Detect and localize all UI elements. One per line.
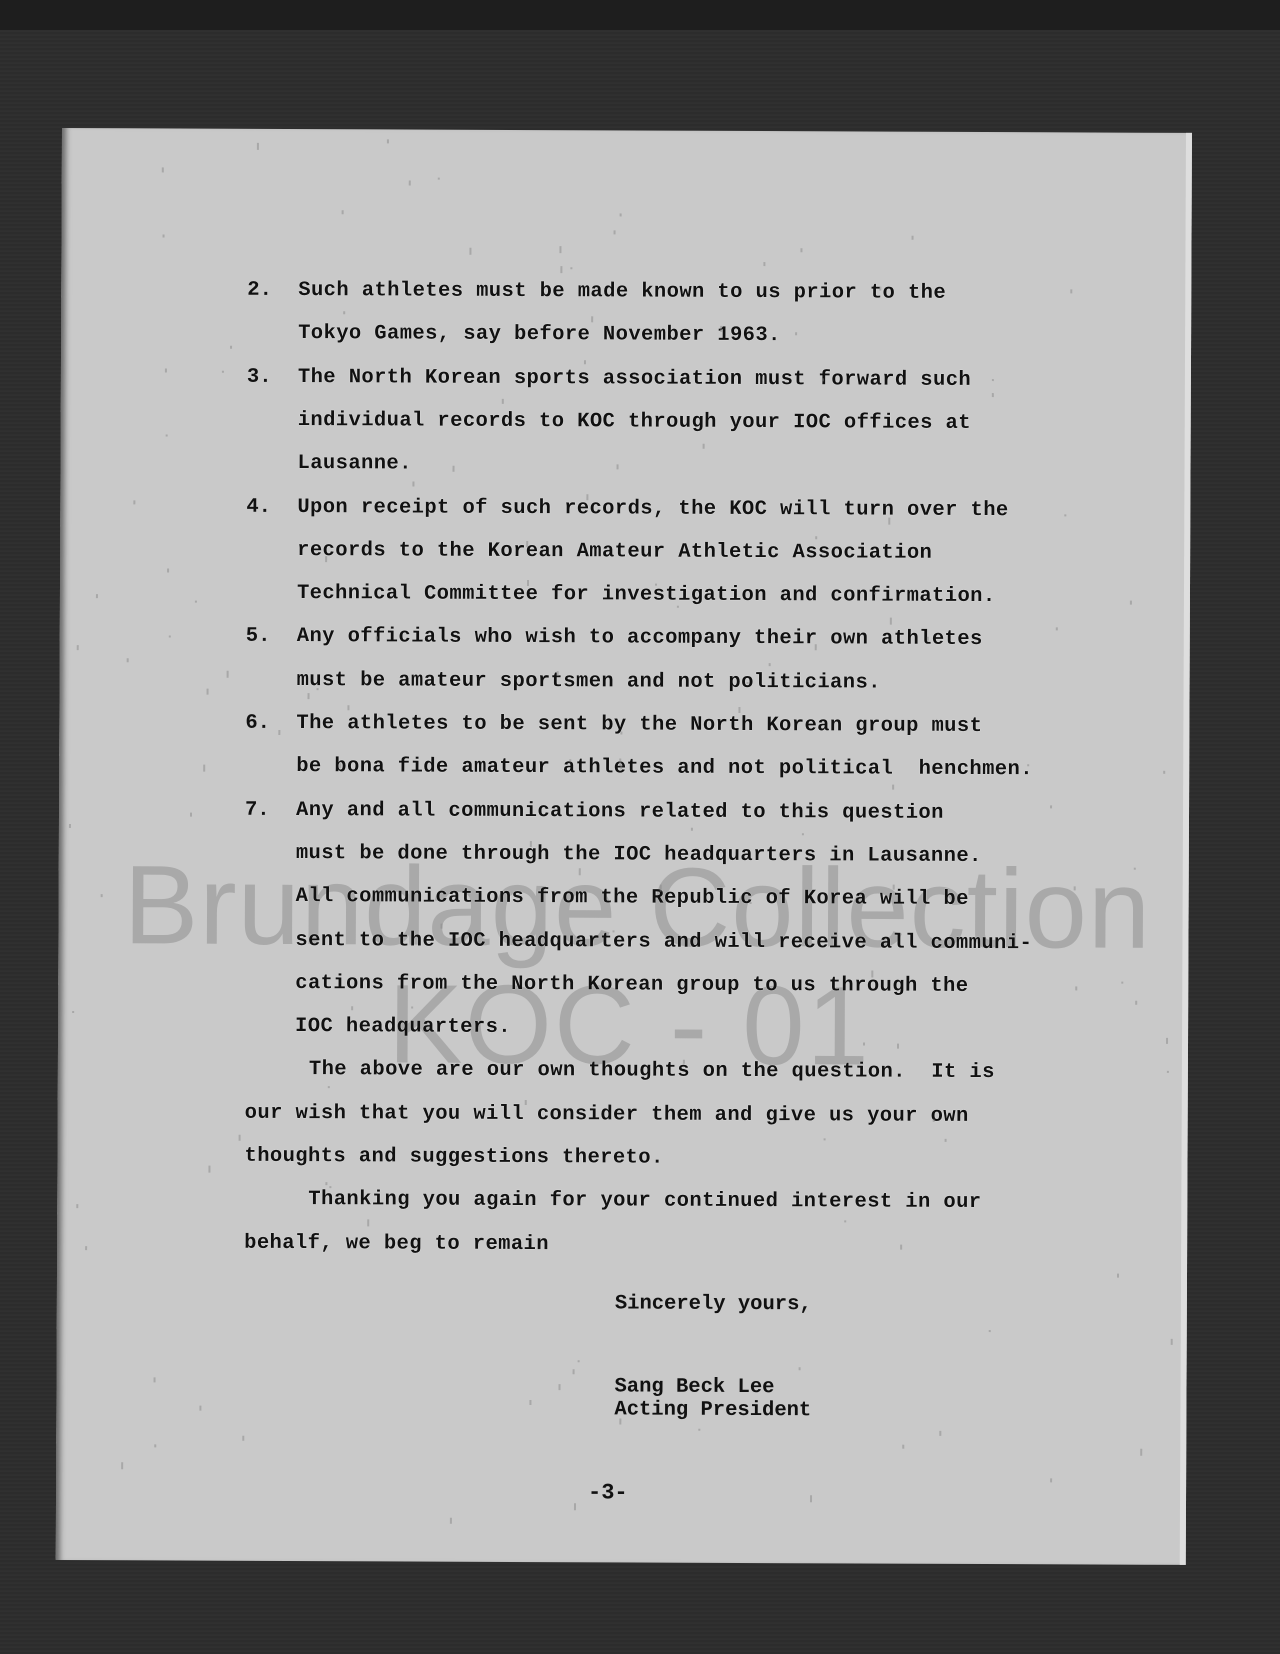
scan-speck bbox=[912, 236, 914, 240]
scan-speck bbox=[892, 785, 894, 790]
scan-speck bbox=[169, 635, 171, 637]
scan-speck bbox=[558, 1384, 560, 1390]
scan-speck bbox=[154, 1444, 156, 1447]
scan-speck bbox=[230, 346, 232, 349]
scan-speck bbox=[77, 645, 79, 650]
item-number: 2. bbox=[247, 279, 272, 302]
scan-speck bbox=[166, 434, 168, 436]
scan-speck bbox=[738, 707, 740, 713]
scanner-top-band bbox=[0, 0, 1280, 30]
scan-speck bbox=[203, 765, 205, 772]
scan-speck bbox=[890, 618, 892, 625]
item-text-line: Technical Committee for investigation an… bbox=[297, 582, 996, 608]
scan-speck bbox=[469, 248, 471, 255]
scan-speck bbox=[897, 1044, 899, 1049]
scan-speck bbox=[1121, 982, 1123, 984]
item-text-line: All communications from the Republic of … bbox=[296, 885, 969, 911]
scan-speck bbox=[441, 924, 443, 929]
scan-speck bbox=[72, 1011, 74, 1013]
item-text-line: be bona fide amateur athletes and not po… bbox=[296, 755, 1033, 781]
scan-speck bbox=[810, 1495, 812, 1502]
scan-speck bbox=[343, 311, 345, 314]
scan-speck bbox=[1140, 1449, 1142, 1456]
item-text-line: Tokyo Games, say before November 1963. bbox=[298, 322, 781, 347]
scan-speck bbox=[1163, 771, 1165, 774]
scan-speck bbox=[1166, 1038, 1168, 1044]
scan-speck bbox=[208, 1166, 210, 1173]
scan-speck bbox=[1075, 986, 1077, 990]
scan-speck bbox=[101, 894, 103, 897]
scan-speck bbox=[945, 1139, 947, 1142]
scan-speck bbox=[683, 1060, 685, 1064]
scan-speck bbox=[620, 764, 622, 769]
scan-speck bbox=[927, 637, 929, 641]
scan-speck bbox=[133, 500, 135, 504]
scan-speck bbox=[453, 466, 455, 472]
scan-speck bbox=[933, 1119, 935, 1122]
scan-speck bbox=[570, 267, 572, 269]
scan-speck bbox=[1130, 601, 1132, 605]
signature-name: Sang Beck Lee bbox=[614, 1375, 774, 1399]
scan-speck bbox=[769, 663, 771, 666]
item-number: 6. bbox=[245, 712, 270, 735]
scan-speck bbox=[409, 181, 411, 186]
item-text-line: The athletes to be sent by the North Kor… bbox=[296, 712, 982, 738]
scan-speck bbox=[612, 930, 614, 932]
scan-speck bbox=[530, 841, 532, 847]
scan-speck bbox=[347, 705, 349, 710]
scan-speck bbox=[560, 266, 562, 273]
scan-speck bbox=[529, 1400, 531, 1405]
scan-speck bbox=[1056, 627, 1058, 630]
paragraph-line: Thanking you again for your continued in… bbox=[308, 1188, 981, 1214]
scan-speck bbox=[614, 230, 616, 234]
scan-speck bbox=[799, 1367, 801, 1370]
scan-speck bbox=[121, 1462, 123, 1469]
item-number: 5. bbox=[246, 625, 271, 648]
scan-speck bbox=[815, 536, 817, 539]
scan-speck bbox=[242, 1436, 244, 1441]
scan-speck bbox=[574, 1503, 576, 1510]
scan-speck bbox=[85, 1246, 87, 1250]
scan-speck bbox=[584, 360, 586, 364]
scan-speck bbox=[342, 210, 344, 214]
scan-speck bbox=[222, 371, 224, 373]
scan-speck bbox=[167, 568, 169, 572]
scan-speck bbox=[199, 1406, 201, 1411]
scan-speck bbox=[387, 139, 389, 143]
scan-speck bbox=[162, 167, 164, 172]
scan-speck bbox=[660, 885, 662, 892]
scan-speck bbox=[655, 584, 657, 586]
item-text-line: must be done through the IOC headquarter… bbox=[296, 842, 982, 868]
scan-speck bbox=[992, 379, 994, 381]
scan-speck bbox=[720, 326, 722, 332]
scan-speck bbox=[411, 1007, 413, 1009]
scan-speck bbox=[802, 833, 804, 835]
scan-speck bbox=[844, 1220, 846, 1222]
item-number: 3. bbox=[247, 365, 272, 388]
scan-speck bbox=[902, 1445, 904, 1449]
page-number: -3- bbox=[588, 1480, 628, 1505]
item-text-line: Lausanne. bbox=[297, 452, 411, 475]
scan-speck bbox=[586, 494, 588, 500]
scan-speck bbox=[578, 1360, 580, 1362]
scan-speck bbox=[325, 556, 327, 562]
scan-speck bbox=[677, 606, 679, 608]
item-number: 4. bbox=[246, 495, 271, 518]
scan-speck bbox=[317, 688, 319, 690]
scan-speck bbox=[526, 541, 528, 547]
scan-speck bbox=[367, 1219, 369, 1226]
scan-speck bbox=[376, 636, 378, 639]
scan-speck bbox=[747, 682, 749, 684]
scan-speck bbox=[888, 518, 890, 525]
scan-speck bbox=[900, 1245, 902, 1250]
scan-speck bbox=[620, 731, 622, 734]
item-number: 7. bbox=[245, 798, 270, 821]
paragraph-line: our wish that you will consider them and… bbox=[245, 1101, 969, 1127]
scan-speck bbox=[207, 689, 209, 695]
item-text-line: Upon receipt of such records, the KOC wi… bbox=[297, 496, 1008, 522]
scan-speck bbox=[1074, 886, 1076, 890]
scan-speck bbox=[351, 1006, 353, 1010]
scan-speck bbox=[691, 828, 693, 831]
scan-speck bbox=[328, 1086, 330, 1088]
scan-speck bbox=[617, 464, 619, 469]
item-text-line: cations from the North Korean group to u… bbox=[295, 972, 968, 998]
scan-speck bbox=[127, 658, 129, 662]
scan-speck bbox=[815, 644, 817, 650]
item-text-line: individual records to KOC through your I… bbox=[298, 409, 971, 435]
scan-speck bbox=[879, 287, 881, 291]
scan-speck bbox=[76, 1204, 78, 1208]
scan-speck bbox=[763, 262, 765, 266]
scan-speck bbox=[1064, 514, 1066, 516]
paragraph-line: The above are our own thoughts on the qu… bbox=[309, 1058, 995, 1084]
scan-speck bbox=[863, 1043, 865, 1046]
scan-speck bbox=[795, 332, 797, 335]
scan-speck bbox=[1050, 805, 1052, 808]
scan-speck bbox=[573, 1369, 575, 1374]
scan-speck bbox=[308, 693, 310, 699]
scan-speck bbox=[96, 594, 98, 598]
document-page: Brundage Collection KOC - 01 2.Such athl… bbox=[56, 128, 1192, 1565]
scan-speck bbox=[939, 1431, 941, 1436]
scan-speck bbox=[1171, 1339, 1173, 1345]
scan-speck bbox=[339, 763, 341, 768]
scan-speck bbox=[569, 759, 571, 762]
item-text-line: IOC headquarters. bbox=[295, 1015, 511, 1039]
scan-speck bbox=[1167, 1071, 1169, 1073]
scan-speck bbox=[1050, 1478, 1052, 1482]
scan-speck bbox=[502, 399, 504, 404]
scan-speck bbox=[698, 1429, 700, 1431]
scan-speck bbox=[412, 482, 414, 487]
scan-speck bbox=[800, 248, 802, 252]
scan-speck bbox=[527, 580, 529, 586]
scan-speck bbox=[1070, 289, 1072, 293]
scan-speck bbox=[525, 1100, 527, 1105]
scan-speck bbox=[69, 824, 71, 828]
item-text-line: Such athletes must be made known to us p… bbox=[298, 279, 946, 305]
scan-speck bbox=[992, 393, 994, 397]
scan-speck bbox=[190, 813, 192, 817]
scan-speck bbox=[619, 1418, 621, 1424]
item-text-line: Any officials who wish to accompany thei… bbox=[297, 625, 983, 651]
paragraph-line: thoughts and suggestions thereto. bbox=[244, 1145, 663, 1170]
scan-speck bbox=[257, 143, 259, 150]
scan-speck bbox=[325, 1182, 327, 1185]
scan-speck bbox=[591, 316, 593, 322]
scan-speck bbox=[874, 593, 876, 595]
item-text-line: Any and all communications related to th… bbox=[296, 799, 944, 825]
scan-speck bbox=[239, 1135, 241, 1141]
scan-speck bbox=[557, 671, 559, 676]
item-text-line: sent to the IOC headquarters and will re… bbox=[295, 929, 1032, 955]
scan-speck bbox=[438, 178, 440, 180]
scan-speck bbox=[163, 234, 165, 237]
scan-speck bbox=[579, 868, 581, 875]
closing: Sincerely yours, bbox=[615, 1292, 812, 1316]
scan-speck bbox=[824, 1138, 826, 1140]
scan-speck bbox=[620, 213, 622, 216]
scan-speck bbox=[1027, 764, 1029, 766]
scan-speck bbox=[165, 368, 167, 372]
item-text-line: records to the Korean Amateur Athletic A… bbox=[297, 539, 932, 565]
scan-speck bbox=[329, 1186, 331, 1188]
scan-speck bbox=[154, 1377, 156, 1382]
scan-speck bbox=[893, 885, 895, 890]
scan-speck bbox=[450, 1518, 452, 1524]
scan-speck bbox=[559, 246, 561, 253]
scan-speck bbox=[278, 730, 280, 735]
scan-speck bbox=[750, 902, 752, 904]
scan-speck bbox=[703, 444, 705, 449]
scan-speck bbox=[989, 1330, 991, 1332]
scan-speck bbox=[227, 671, 229, 678]
signature-title: Acting President bbox=[614, 1398, 811, 1422]
scan-speck bbox=[871, 971, 873, 978]
paragraph-line: behalf, we beg to remain bbox=[244, 1231, 549, 1255]
scan-speck bbox=[1134, 868, 1136, 870]
scan-speck bbox=[1117, 1274, 1119, 1278]
scan-speck bbox=[1135, 1001, 1137, 1005]
scan-speck bbox=[195, 601, 197, 603]
scan-speck bbox=[822, 378, 824, 381]
item-text-line: The North Korean sports association must… bbox=[298, 366, 971, 392]
item-text-line: must be amateur sportsmen and not politi… bbox=[297, 669, 881, 695]
